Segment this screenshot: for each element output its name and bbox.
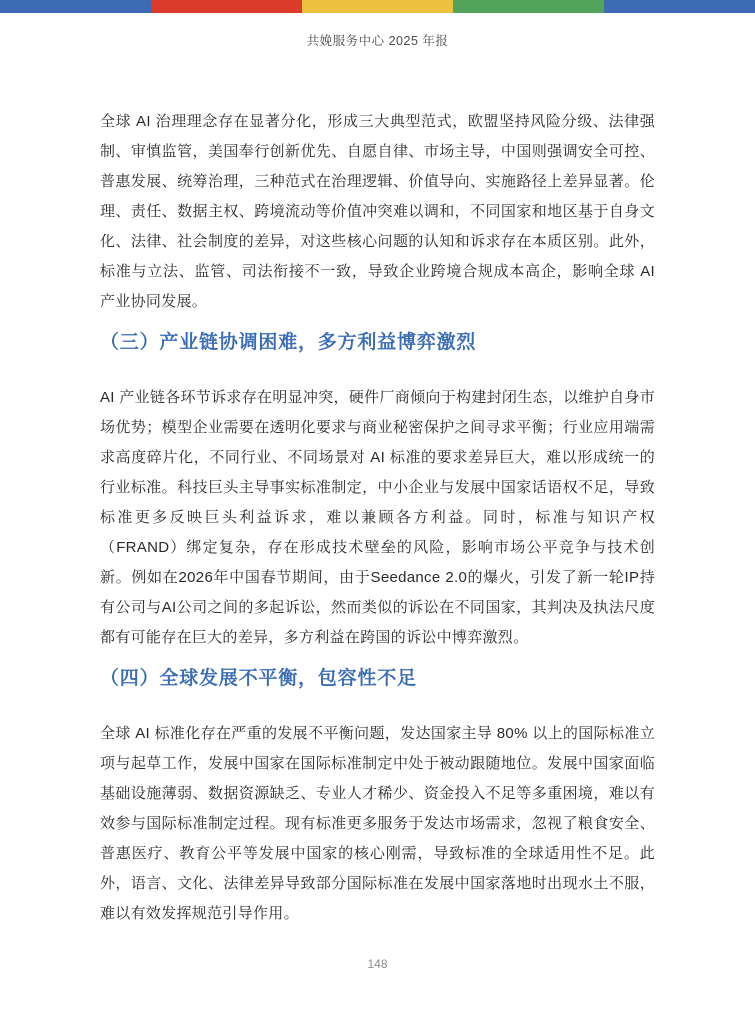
document-header-title: 共娩服务中心 2025 年报	[0, 33, 755, 49]
page-number: 148	[0, 958, 755, 970]
paragraph-industry-chain: AI 产业链各环节诉求存在明显冲突，硬件厂商倾向于构建封闭生态，以维护自身市场优…	[100, 383, 655, 653]
section-heading-3: （三）产业链协调困难，多方利益博弈激烈	[100, 331, 655, 354]
color-bar-segment-yellow	[302, 0, 453, 13]
paragraph-global-imbalance: 全球 AI 标准化存在严重的发展不平衡问题，发达国家主导 80% 以上的国际标准…	[100, 719, 655, 929]
color-bar-segment-green	[453, 0, 604, 13]
section-heading-4: （四）全球发展不平衡，包容性不足	[100, 667, 655, 690]
page-content: 全球 AI 治理理念存在显著分化，形成三大典型范式，欧盟坚持风险分级、法律强制、…	[0, 107, 755, 929]
color-bar-segment-blue-right	[604, 0, 755, 13]
color-bar-segment-red	[151, 0, 302, 13]
color-bar-segment-blue-left	[0, 0, 151, 13]
paragraph-governance-divergence: 全球 AI 治理理念存在显著分化，形成三大典型范式，欧盟坚持风险分级、法律强制、…	[100, 107, 655, 317]
top-color-bar	[0, 0, 755, 13]
